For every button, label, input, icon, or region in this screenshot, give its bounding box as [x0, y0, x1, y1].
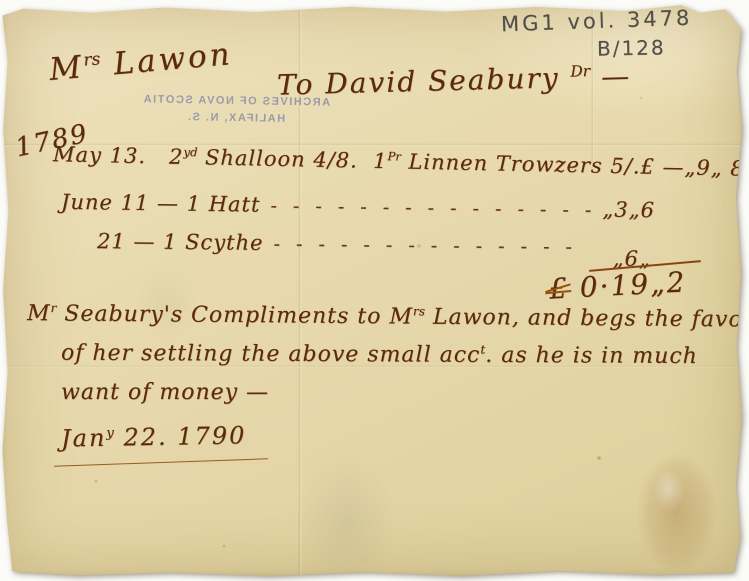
leader-dashes: - - - - - - - - - - - - - - - - - -: [270, 195, 592, 221]
row-entry-text: June 11 — 1 Hatt: [61, 190, 261, 217]
note-line-3: want of money —: [61, 380, 269, 405]
date-underline-flourish: [54, 458, 268, 466]
note-line-2: of her settling the above small acct. as…: [61, 340, 698, 369]
row-amount: „3„6: [602, 197, 655, 222]
row-amount: £ —„9„ 8: [640, 154, 745, 180]
addressee-name: Mrs Lawon: [48, 36, 234, 88]
note-date: Jany 22. 1790: [61, 421, 247, 452]
account-row: 21 — 1 Scythe - - - - - - - - - - - - - …: [97, 229, 651, 259]
account-row: June 11 — 1 Hatt - - - - - - - - - - - -…: [61, 190, 655, 222]
bill-to-line: To David Seabury Dr —: [277, 59, 632, 101]
account-row: May 13. 2yd Shalloon 4/8. 1Pr Linnen Tro…: [53, 142, 705, 180]
receipt-paper: MG1 vol. 3478 B/128 ARCHIVES OF NOVA SCO…: [1, 3, 744, 577]
archival-note-item: B/128: [597, 35, 666, 60]
archival-note-volume: MG1 vol. 3478: [501, 6, 693, 37]
row-entry-text: 21 — 1 Scythe: [97, 229, 264, 255]
total-amount: £ 0·19„2: [548, 265, 687, 305]
row-entry-text: May 13. 2yd Shalloon 4/8. 1Pr Linnen Tro…: [53, 142, 641, 178]
leader-dashes: - - - - - - - - - - - - - -: [273, 233, 603, 258]
note-line-1: Mr Seabury's Compliments to Mrs Lawon, a…: [27, 301, 749, 333]
scan-background: MG1 vol. 3478 B/128 ARCHIVES OF NOVA SCO…: [0, 0, 749, 581]
paper-surface: MG1 vol. 3478 B/128 ARCHIVES OF NOVA SCO…: [1, 3, 744, 577]
